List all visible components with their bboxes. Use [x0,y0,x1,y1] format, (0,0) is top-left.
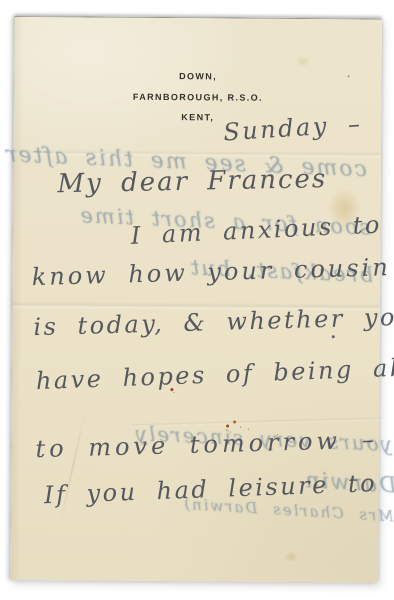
letterhead-line-1: DOWN, [15,65,382,88]
body-line: If you had leisure to [44,471,378,507]
date-line: Sunday – [223,112,363,145]
letterhead-line-2: FARNBOROUGH, R.S.O. [14,86,381,109]
letter-paper: come & see me this after – soon for a sh… [10,16,382,583]
photo-of-letter: come & see me this after – soon for a sh… [0,0,394,600]
paper-stain [295,55,311,67]
body-line: to move tomorrow – [35,428,378,462]
paper-stain [284,551,298,563]
salutation: My dear Frances [57,166,327,197]
ink-dot [332,335,335,338]
body-line: is today, & whether you [33,305,394,340]
bleedthrough-line: (Mrs Charles Darwin) [243,500,394,524]
body-line: have hopes of being able [35,355,394,394]
